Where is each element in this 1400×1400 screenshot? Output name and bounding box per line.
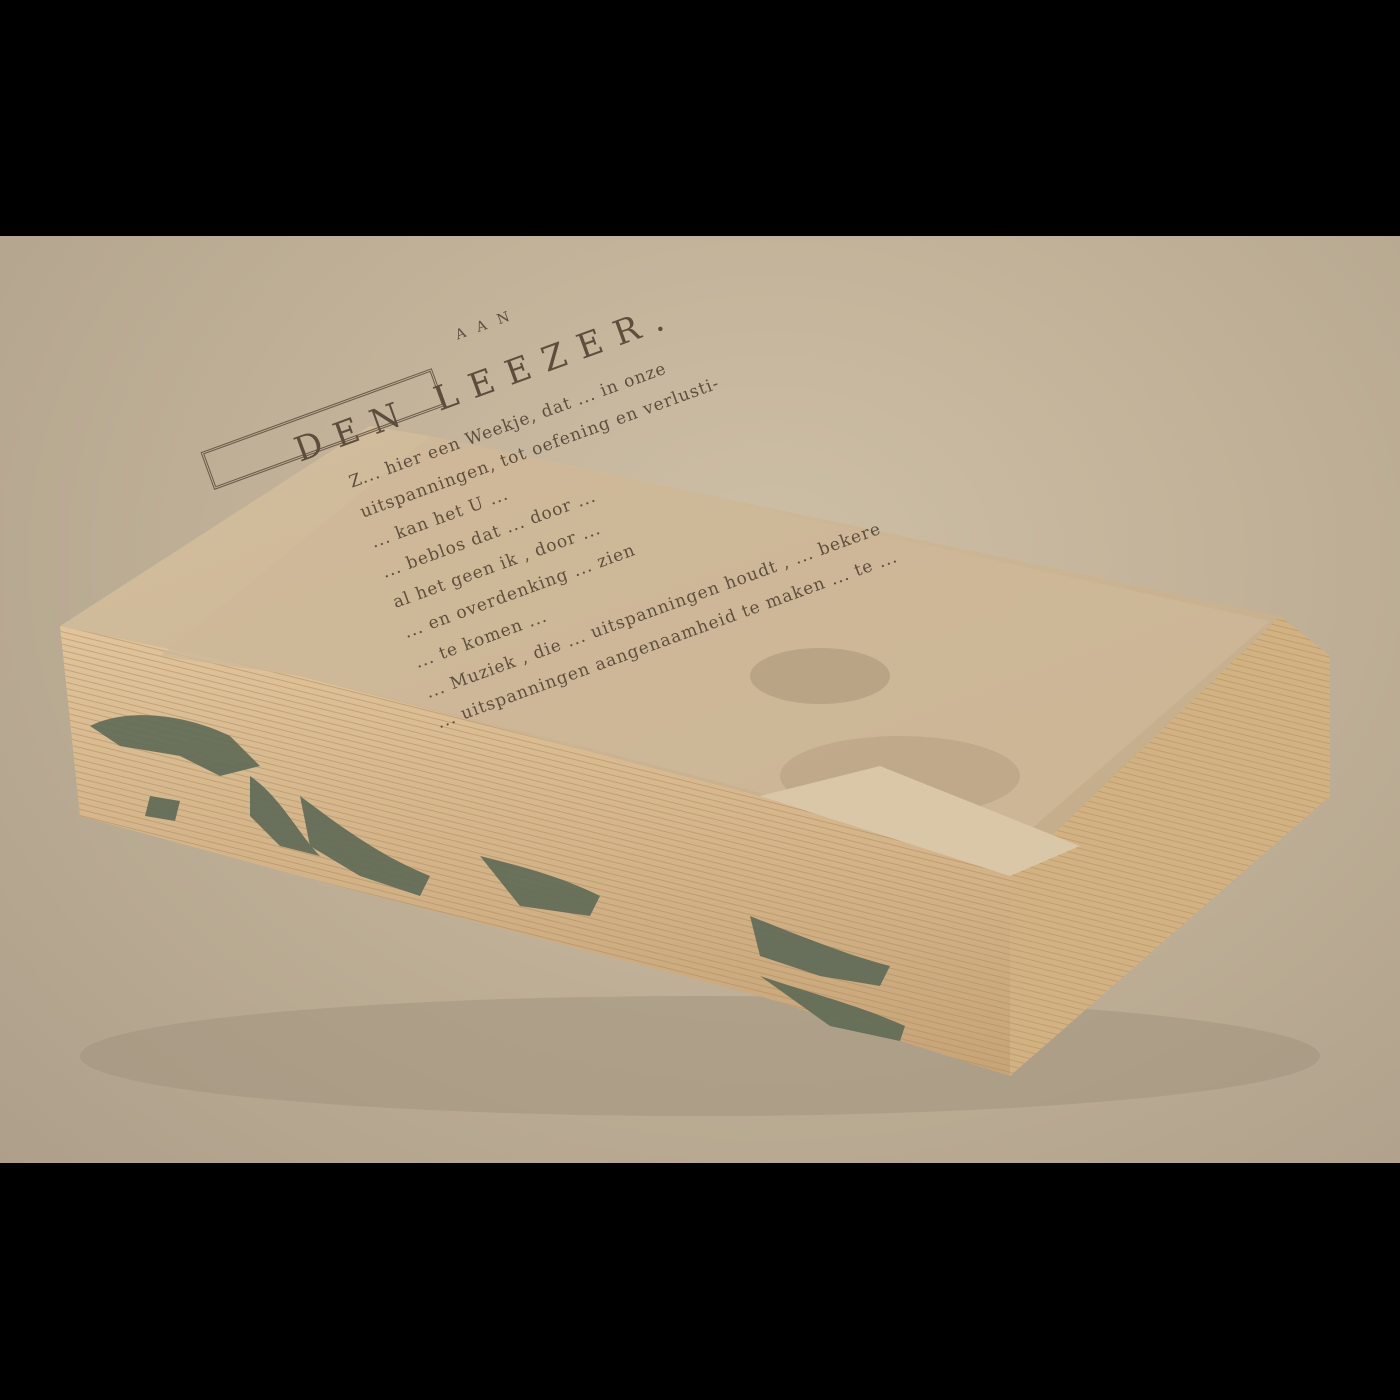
book-illustration bbox=[0, 236, 1400, 1163]
photo: AAN DEN LEEZER. Z... hier een Weekje, da… bbox=[0, 236, 1400, 1163]
